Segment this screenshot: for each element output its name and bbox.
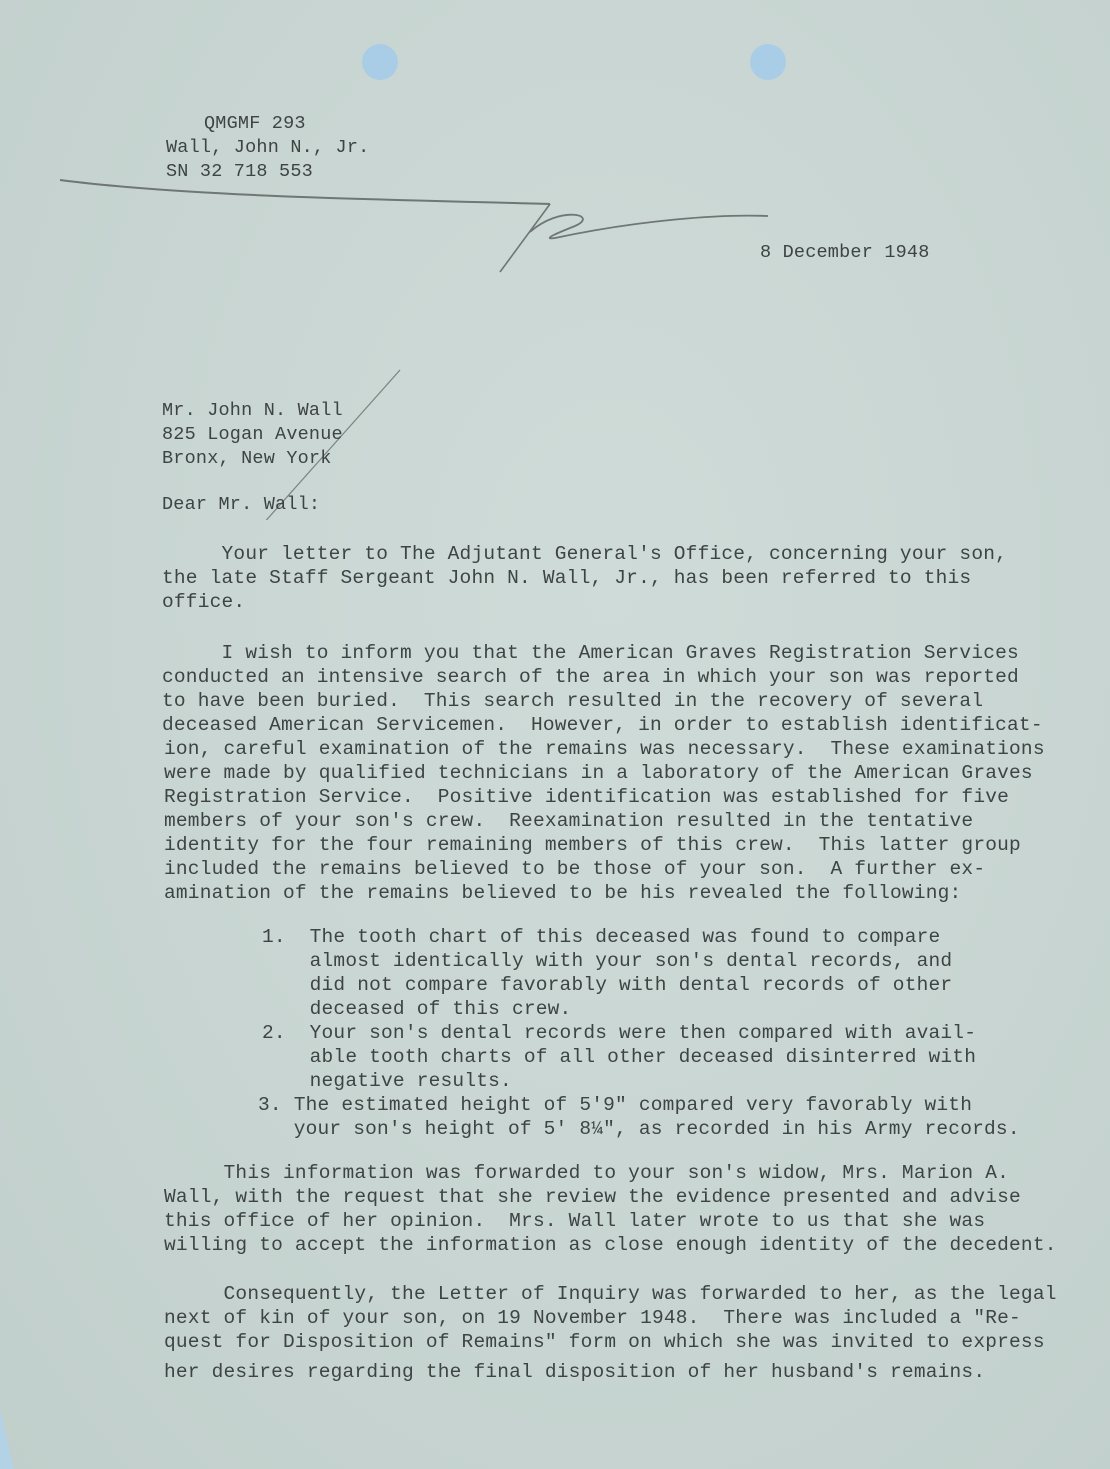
paragraph-line: I wish to inform you that the American G… [162,641,1019,665]
finding-line: 2. Your son's dental records were then c… [262,1021,976,1045]
paragraph-line: Consequently, the Letter of Inquiry was … [164,1282,1057,1306]
finding-line: 1. The tooth chart of this deceased was … [262,925,940,949]
paragraph-line: to have been buried. This search resulte… [162,689,983,713]
finding-line: able tooth charts of all other deceased … [262,1045,976,1069]
paragraph-line: next of kin of your son, on 19 November … [164,1306,1021,1330]
recipient-city: Bronx, New York [162,447,332,471]
paragraph-line: included the remains believed to be thos… [164,857,985,881]
paragraph-line: Wall, with the request that she review t… [164,1185,1021,1209]
paragraph-line: her desires regarding the final disposit… [164,1360,985,1384]
paragraph-line: willing to accept the information as clo… [164,1233,1057,1257]
recipient-street: 825 Logan Avenue [162,423,343,447]
paragraph-line: were made by qualified technicians in a … [164,761,1033,785]
paragraph-line: This information was forwarded to your s… [164,1161,1009,1185]
finding-line: your son's height of 5' 8¼", as recorded… [258,1117,1020,1141]
punch-hole-right [750,44,786,80]
finding-line: negative results. [262,1069,512,1093]
subject-name: Wall, John N., Jr. [166,136,369,160]
letter-page: QMGMF 293 Wall, John N., Jr. SN 32 718 5… [0,0,1110,1469]
paragraph-line: this office of her opinion. Mrs. Wall la… [164,1209,985,1233]
paragraph-line: quest for Disposition of Remains" form o… [164,1330,1045,1354]
paragraph-line: ion, careful examination of the remains … [164,737,1045,761]
paragraph-line: identity for the four remaining members … [164,833,1021,857]
finding-line: deceased of this crew. [262,997,571,1021]
finding-line: 3. The estimated height of 5'9" compared… [258,1093,972,1117]
paragraph-line: amination of the remains believed to be … [164,881,961,905]
punch-hole-left [362,44,398,80]
paragraph-line: Your letter to The Adjutant General's Of… [162,542,1007,566]
paragraph-line: members of your son's crew. Reexaminatio… [164,809,973,833]
recipient-name: Mr. John N. Wall [162,399,343,423]
file-reference: QMGMF 293 [204,112,306,136]
paragraph-line: office. [162,590,245,614]
paragraph-line: Registration Service. Positive identific… [164,785,1009,809]
page-corner [0,1409,14,1469]
serial-number: SN 32 718 553 [166,160,313,184]
paragraph-line: conducted an intensive search of the are… [162,665,1019,689]
letter-date: 8 December 1948 [760,241,930,265]
finding-line: almost identically with your son's denta… [262,949,952,973]
paragraph-line: deceased American Servicemen. However, i… [162,713,1043,737]
salutation: Dear Mr. Wall: [162,493,320,517]
paragraph-line: the late Staff Sergeant John N. Wall, Jr… [162,566,971,590]
finding-line: did not compare favorably with dental re… [262,973,952,997]
